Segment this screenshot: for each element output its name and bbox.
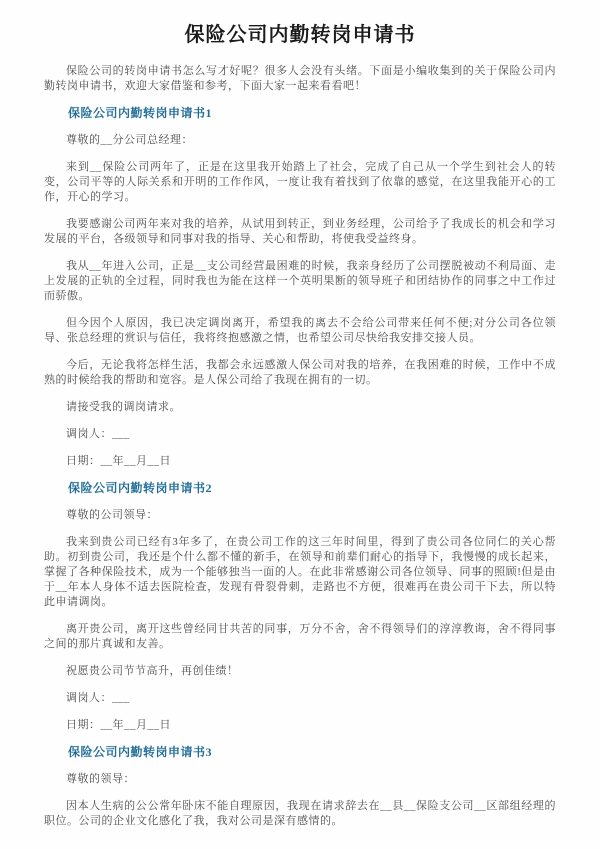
paragraph: 日期：__年__月__日 — [44, 454, 556, 469]
section-heading-3: 保险公司内勤转岗申请书3 — [44, 745, 556, 760]
document-page: 保险公司内勤转岗申请书 保险公司的转岗申请书怎么写才好呢？很多人会没有头绪。下面… — [0, 0, 600, 849]
paragraph: 尊敬的__分公司总经理： — [44, 133, 556, 148]
paragraph: 日期：__年__月__日 — [44, 718, 556, 733]
paragraph: 调岗人：___ — [44, 427, 556, 442]
sections-container: 保险公司内勤转岗申请书1尊敬的__分公司总经理：来到__保险公司两年了，正是在这… — [44, 106, 556, 829]
paragraph: 尊敬的公司领导： — [44, 508, 556, 523]
section-heading-2: 保险公司内勤转岗申请书2 — [44, 481, 556, 496]
paragraph: 我要感谢公司两年来对我的培养，从试用到转正，到业务经理，公司给予了我成长的机会和… — [44, 217, 556, 247]
paragraph: 离开贵公司，离开这些曾经同甘共苦的同事，万分不舍，舍不得领导们的淳淳教诲，舍不得… — [44, 622, 556, 652]
paragraph: 我从__年进入公司，正是__支公司经营最困难的时候，我亲身经历了公司摆脱被动不利… — [44, 259, 556, 304]
paragraph: 尊敬的领导： — [44, 772, 556, 787]
paragraph: 我来到贵公司已经有3年多了，在贵公司工作的这三年时间里，得到了贵公司各位同仁的关… — [44, 535, 556, 610]
paragraph: 因本人生病的公公常年卧床不能自理原因，我现在请求辞去在__县__保险支公司__区… — [44, 799, 556, 829]
paragraph: 但今因个人原因，我已决定调岗离开，希望我的离去不会给公司带来任何不便;对分公司各… — [44, 316, 556, 346]
paragraph: 今后，无论我将怎样生活，我都会永远感激人保公司对我的培养，在我困难的时候，工作中… — [44, 358, 556, 388]
page-title: 保险公司内勤转岗申请书 — [44, 22, 556, 48]
section-heading-1: 保险公司内勤转岗申请书1 — [44, 106, 556, 121]
intro-paragraph: 保险公司的转岗申请书怎么写才好呢？很多人会没有头绪。下面是小编收集到的关于保险公… — [44, 64, 556, 94]
paragraph: 调岗人：___ — [44, 691, 556, 706]
paragraph: 请接受我的调岗请求。 — [44, 400, 556, 415]
paragraph: 祝愿贵公司节节高升，再创佳绩！ — [44, 664, 556, 679]
paragraph: 来到__保险公司两年了，正是在这里我开始踏上了社会，完成了自己从一个学生到社会人… — [44, 160, 556, 205]
